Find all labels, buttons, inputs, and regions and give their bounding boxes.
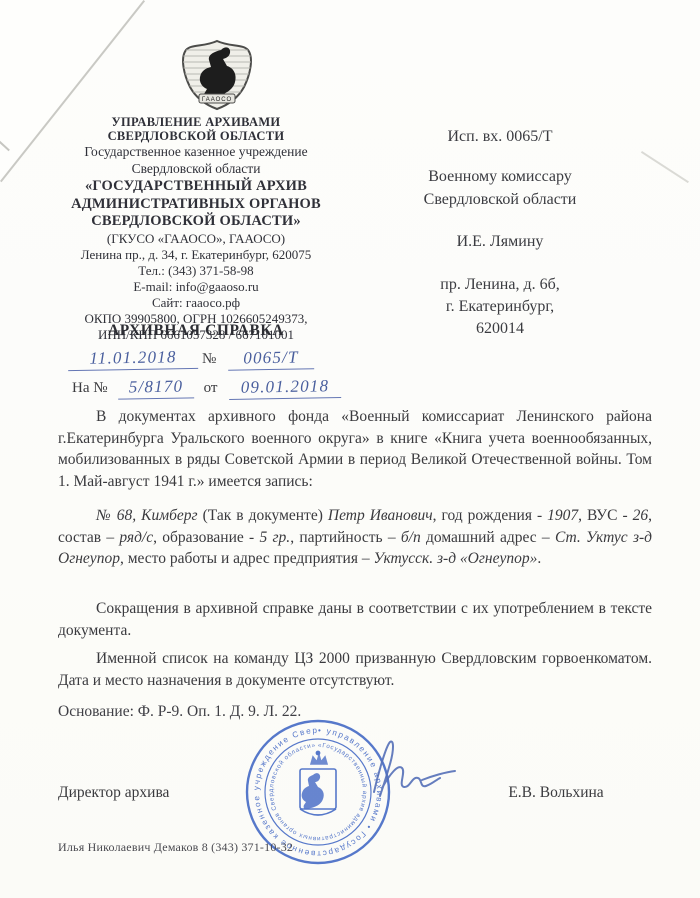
email: E-mail: info@gaaoso.ru: [25, 280, 367, 294]
archive-name-line: СВЕРДЛОВСКОЙ ОБЛАСТИ»: [25, 214, 367, 230]
gov-line: Свердловской области: [25, 162, 367, 177]
abbreviation: (ГКУСО «ГААОСО», ГААОСО): [25, 232, 367, 246]
record-segment: , место работы и адрес предприятия –: [120, 550, 374, 567]
document-title: АРХИВНАЯ СПРАВКА: [25, 322, 367, 340]
number-label: №: [198, 351, 220, 370]
archive-name-line: АДМИНИСТРАТИВНЫХ ОРГАНОВ: [25, 197, 367, 213]
na-number-label: На №: [68, 380, 112, 399]
record-segment: , ВУС -: [578, 507, 632, 524]
postal-address: Ленина пр., д. 34, г. Екатеринбург, 6200…: [25, 248, 367, 262]
recipient-address: пр. Ленина, д. 6б,: [380, 274, 620, 296]
letterhead: УПРАВЛЕНИЕ АРХИВАМИ СВЕРДЛОВСКОЙ ОБЛАСТИ…: [25, 116, 367, 342]
record-segment: , образование -: [153, 529, 259, 546]
record-segment: № 68, Кимберг: [96, 507, 203, 524]
signer-name: Е.В. Вольхина: [470, 784, 642, 802]
paragraph-abbreviations: Сокращения в архивной справке даны в соо…: [58, 598, 652, 641]
crest-caption: ГААОСО: [202, 97, 232, 103]
record-paragraph: № 68, Кимберг (Так в документе) Петр Ива…: [58, 505, 652, 570]
paragraph-name-list: Именной список на команду ЦЗ 2000 призва…: [58, 648, 652, 691]
signer-position: Директор архива: [58, 784, 169, 802]
archive-name-line: «ГОСУДАРСТВЕННЫЙ АРХИВ: [25, 179, 367, 195]
incoming-number-handwritten: 5/8170: [117, 376, 193, 399]
record-segment: , партийность –: [290, 529, 401, 546]
paragraph-fond-description: В документах архивного фонда «Военный ко…: [58, 406, 652, 492]
outgoing-date-handwritten: 11.01.2018: [68, 347, 198, 371]
record-segment: 5 гр.: [259, 529, 290, 546]
recipient-address: 620014: [380, 318, 620, 340]
recipient-name: И.Е. Лямину: [380, 231, 620, 253]
phone: Тел.: (343) 371-58-98: [25, 264, 367, 278]
recipient-title: Свердловской области: [380, 189, 620, 211]
recipient-block: Исп. вх. 0065/Т Военному комиссару Сверд…: [380, 126, 620, 341]
recipient-address: г. Екатеринбург,: [380, 296, 620, 318]
executor-contact: Илья Николаевич Демаков 8 (343) 371-10-3…: [58, 840, 293, 855]
gov-line: Государственное казенное учреждение: [25, 145, 367, 160]
stamp-coat-of-arms: [300, 751, 336, 815]
record-segment: Уктусск. з-д «Огнеупор»: [373, 550, 537, 567]
website: Сайт: гааосо.рф: [25, 296, 367, 310]
record-segment: домашний адрес –: [421, 529, 555, 546]
ot-label: от: [200, 380, 222, 399]
crease-top-right: [641, 151, 689, 183]
record-segment: , год рождения -: [433, 507, 548, 524]
reg-row-outgoing: 11.01.2018 № 0065/Т: [68, 348, 368, 370]
record-segment: б/п: [401, 529, 421, 546]
incoming-date-handwritten: 09.01.2018: [229, 376, 341, 400]
recipient-title: Военному комиссару: [380, 166, 620, 188]
document-page: ГААОСО УПРАВЛЕНИЕ АРХИВАМИ СВЕРДЛОВСКОЙ …: [0, 0, 700, 898]
record-segment: ряд/с: [119, 529, 153, 546]
incoming-ref: Исп. вх. 0065/Т: [380, 126, 620, 148]
record-segment: .: [537, 550, 541, 567]
registration-block: 11.01.2018 № 0065/Т На № 5/8170 от 09.01…: [68, 348, 368, 406]
org-name-line: УПРАВЛЕНИЕ АРХИВАМИ: [25, 116, 367, 130]
reg-row-incoming: На № 5/8170 от 09.01.2018: [68, 377, 368, 399]
record-segment: Петр Иванович: [328, 507, 433, 524]
record-segment: 26: [633, 507, 649, 524]
record-segment: (Так в документе): [203, 507, 328, 524]
archive-crest-icon: ГААОСО: [173, 36, 261, 121]
outgoing-number-handwritten: 0065/Т: [228, 347, 314, 370]
org-name-line: СВЕРДЛОВСКОЙ ОБЛАСТИ: [25, 130, 367, 144]
record-segment: 1907: [547, 507, 578, 524]
director-signature: [360, 730, 460, 820]
